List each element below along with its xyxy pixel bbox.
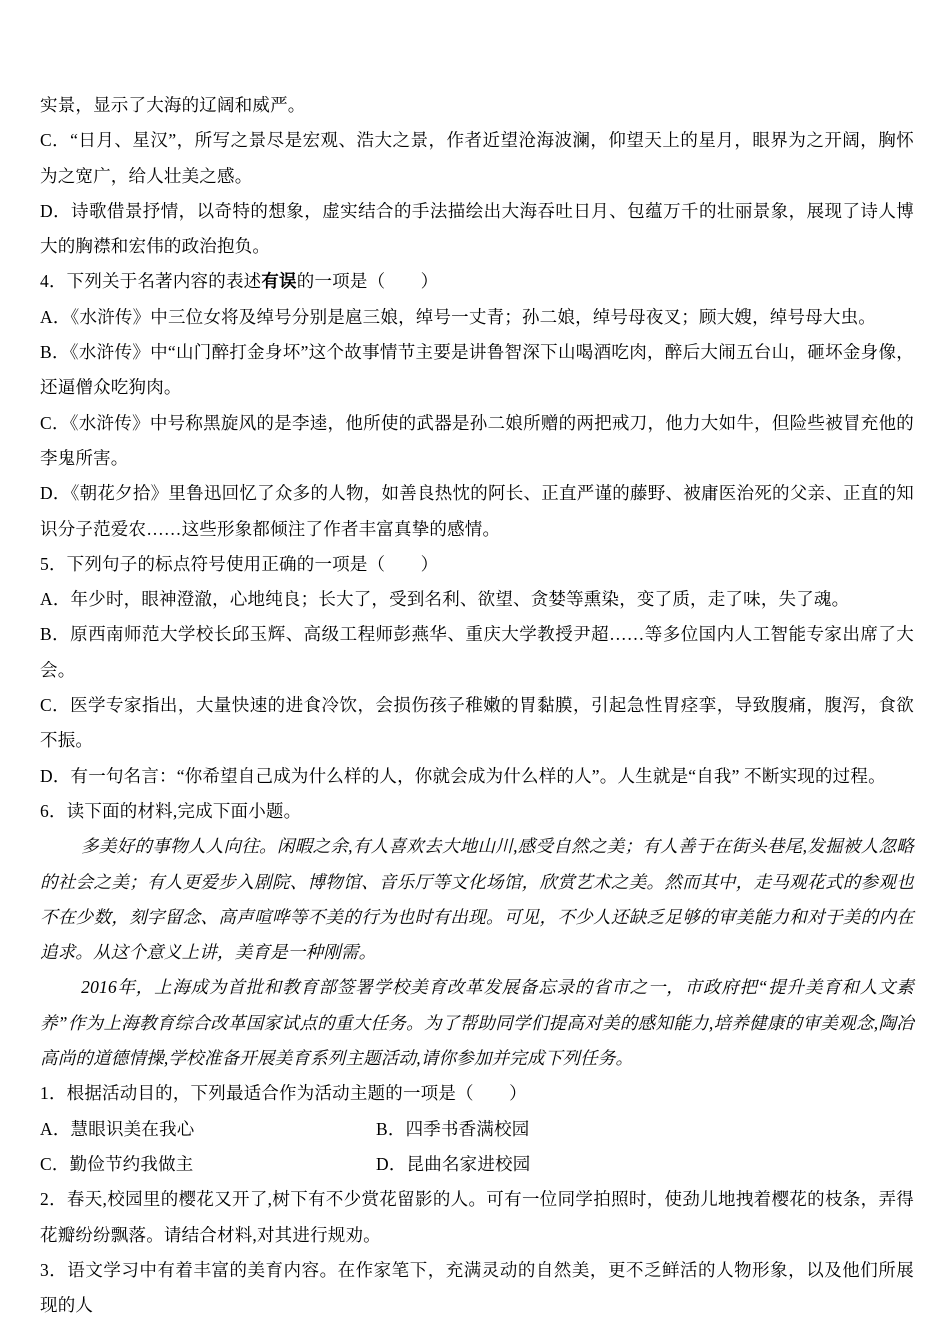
q4-stem-bold-word: 有误 [261, 271, 296, 291]
q6-sub1-options-row-1: A．慧眼识美在我心 B．四季书香满校园 [40, 1112, 914, 1147]
q3-option-d: D．诗歌借景抒情，以奇特的想象，虚实结合的手法描绘出大海吞吐日月、包蕴万千的壮丽… [40, 194, 914, 265]
q4-stem-suffix: 的一项是（ ） [297, 271, 439, 291]
q4-option-a: A．《水浒传》中三位女将及绰号分别是扈三娘，绰号一丈青；孙二娘，绰号母夜叉；顾大… [40, 300, 914, 335]
q6-sub1-options-row-2: C．勤俭节约我做主 D．昆曲名家进校园 [40, 1147, 914, 1182]
q6-material-paragraph-2: 2016年，上海成为首批和教育部签署学校美育改革发展备忘录的省市之一，市政府把“… [40, 970, 914, 1076]
q4-option-d: D．《朝花夕拾》里鲁迅回忆了众多的人物，如善良热忱的阿长、正直严谨的藤野、被庸医… [40, 476, 914, 547]
q5-option-c: C．医学专家指出，大量快速的进食冷饮，会损伤孩子稚嫩的胃黏膜，引起急性胃痉挛，导… [40, 688, 914, 759]
q6-sub1-option-b: B．四季书香满校园 [376, 1112, 914, 1147]
q6-sub1-option-d: D．昆曲名家进校园 [376, 1147, 914, 1182]
q6-sub3-stem: 3．语文学习中有着丰富的美育内容。在作家笔下，充满灵动的自然美，更不乏鲜活的人物… [40, 1253, 914, 1324]
q6-material-paragraph-1: 多美好的事物人人向往。闲暇之余,有人喜欢去大地山川,感受自然之美；有人善于在街头… [40, 829, 914, 970]
q5-option-d: D．有一句名言：“你希望自己成为什么样的人，你就会成为什么样的人”。人生就是“自… [40, 759, 914, 794]
q6-sub1-option-c: C．勤俭节约我做主 [40, 1147, 376, 1182]
q5-option-a: A．年少时，眼神澄澈，心地纯良；长大了，受到名利、欲望、贪婪等熏染，变了质，走了… [40, 582, 914, 617]
q6-stem: 6．读下面的材料,完成下面小题。 [40, 794, 914, 829]
exam-text-content: 实景，显示了大海的辽阔和威严。 C．“日月、星汉”，所写之景尽是宏观、浩大之景，… [40, 88, 914, 1323]
q5-stem: 5．下列句子的标点符号使用正确的一项是（ ） [40, 547, 914, 582]
q5-option-b: B．原西南师范大学校长邱玉辉、高级工程师彭燕华、重庆大学教授尹超……等多位国内人… [40, 617, 914, 688]
q6-sub1-option-a: A．慧眼识美在我心 [40, 1112, 376, 1147]
exam-document-page: 实景，显示了大海的辽阔和威严。 C．“日月、星汉”，所写之景尽是宏观、浩大之景，… [0, 0, 950, 1344]
q6-sub1-stem: 1．根据活动目的，下列最适合作为活动主题的一项是（ ） [40, 1076, 914, 1111]
q4-option-b: B．《水浒传》中“山门醉打金身坏”这个故事情节主要是讲鲁智深下山喝酒吃肉，醉后大… [40, 335, 914, 406]
q4-option-c: C．《水浒传》中号称黑旋风的是李逵，他所使的武器是孙二娘所赠的两把戒刀，他力大如… [40, 406, 914, 477]
q4-stem: 4．下列关于名著内容的表述有误的一项是（ ） [40, 264, 914, 299]
q6-sub2-stem: 2．春天,校园里的樱花又开了,树下有不少赏花留影的人。可有一位同学拍照时，使劲儿… [40, 1182, 914, 1253]
q3-option-c: C．“日月、星汉”，所写之景尽是宏观、浩大之景，作者近望沧海波澜，仰望天上的星月… [40, 123, 914, 194]
q4-stem-prefix: 4．下列关于名著内容的表述 [40, 271, 261, 291]
q3-continuation-line: 实景，显示了大海的辽阔和威严。 [40, 88, 914, 123]
